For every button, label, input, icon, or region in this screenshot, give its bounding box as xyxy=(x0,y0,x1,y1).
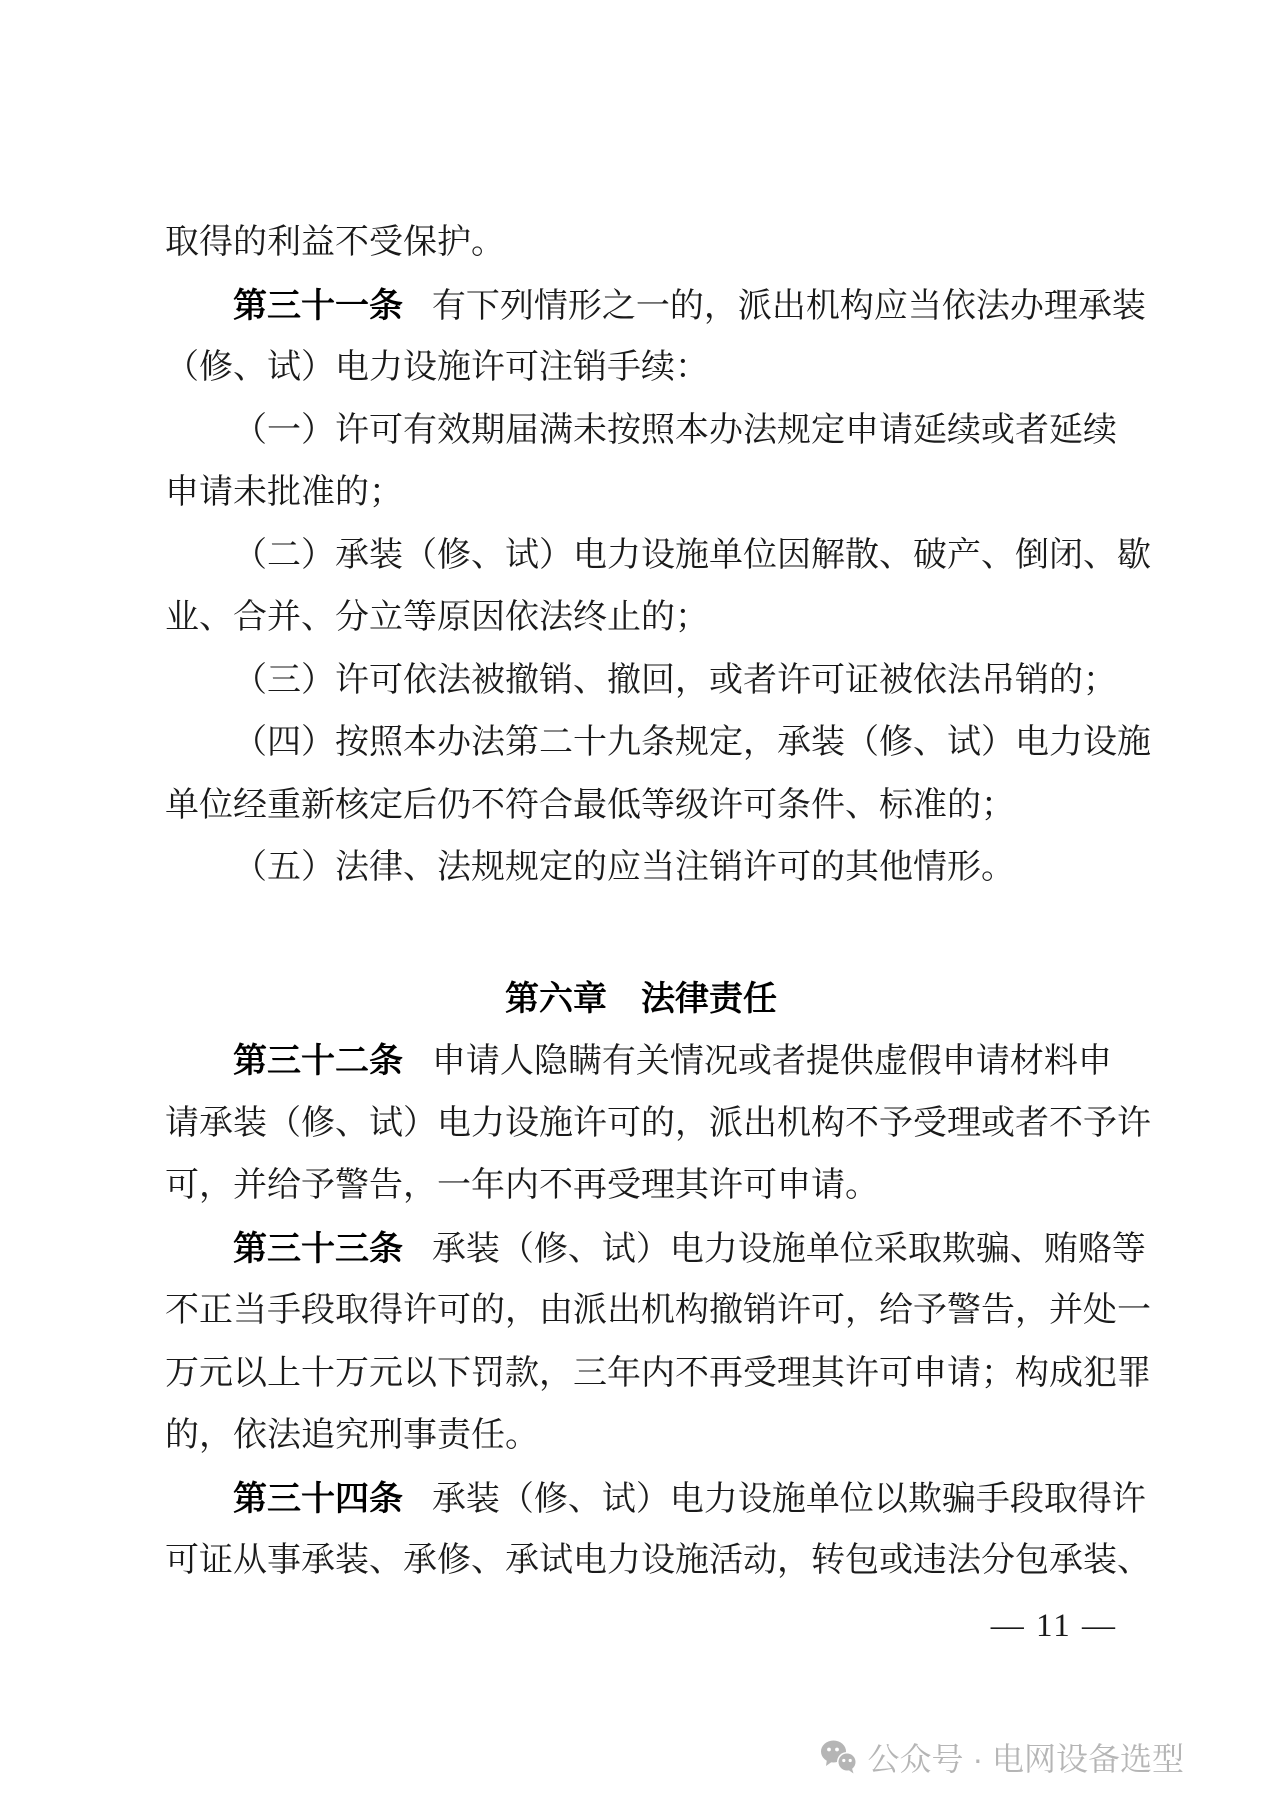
watermark-text: 公众号 · 电网设备选型 xyxy=(868,1734,1184,1780)
document-line: 单位经重新核定后仍不符合最低等级许可条件、标准的； xyxy=(165,775,1117,838)
document-line: （二）承装（修、试）电力设施单位因解散、破产、倒闭、歇 xyxy=(165,525,1117,588)
line-text: 承装（修、试）电力设施单位以欺骗手段取得许 xyxy=(432,1481,1146,1518)
document-line: 不正当手段取得许可的，由派出机构撤销许可，给予警告，并处一 xyxy=(165,1280,1117,1343)
document-line: （四）按照本办法第二十九条规定，承装（修、试）电力设施 xyxy=(165,712,1117,775)
article-number: 第三十四条 xyxy=(233,1480,403,1518)
document-line: 的，依法追究刑事责任。 xyxy=(165,1405,1117,1468)
page-number: — 11 — xyxy=(165,1605,1117,1647)
line-text: 申请人隐瞒有关情况或者提供虚假申请材料申 xyxy=(432,1043,1112,1080)
article-number: 第三十一条 xyxy=(233,287,403,325)
document-line: 申请未批准的； xyxy=(165,462,1117,525)
watermark: 公众号 · 电网设备选型 xyxy=(820,1734,1184,1780)
document-line: 可证从事承装、承修、承试电力设施活动，转包或违法分包承装、 xyxy=(165,1530,1117,1593)
document-body: 取得的利益不受保护。 第三十一条有下列情形之一的，派出机构应当依法办理承装 （修… xyxy=(165,212,1117,1647)
document-line: 第三十三条承装（修、试）电力设施单位采取欺骗、贿赂等 xyxy=(165,1218,1117,1281)
chapter-heading: 第六章 法律责任 xyxy=(165,968,1117,1031)
document-line: 第三十四条承装（修、试）电力设施单位以欺骗手段取得许 xyxy=(165,1468,1117,1531)
document-line: 可，并给予警告，一年内不再受理其许可申请。 xyxy=(165,1155,1117,1218)
document-line: （五）法律、法规规定的应当注销许可的其他情形。 xyxy=(165,837,1117,900)
document-line: （三）许可依法被撤销、撤回，或者许可证被依法吊销的； xyxy=(165,650,1117,713)
document-line: 万元以上十万元以下罚款，三年内不再受理其许可申请；构成犯罪 xyxy=(165,1343,1117,1406)
document-line: 取得的利益不受保护。 xyxy=(165,212,1117,275)
document-line: （修、试）电力设施许可注销手续： xyxy=(165,337,1117,400)
document-line: 第三十一条有下列情形之一的，派出机构应当依法办理承装 xyxy=(165,275,1117,338)
line-text: 有下列情形之一的，派出机构应当依法办理承装 xyxy=(432,288,1146,325)
document-line: 请承装（修、试）电力设施许可的，派出机构不予受理或者不予许 xyxy=(165,1093,1117,1156)
article-number: 第三十三条 xyxy=(233,1230,403,1268)
line-text: 承装（修、试）电力设施单位采取欺骗、贿赂等 xyxy=(432,1231,1146,1268)
document-line: 业、合并、分立等原因依法终止的； xyxy=(165,587,1117,650)
article-number: 第三十二条 xyxy=(233,1042,403,1080)
document-line: （一）许可有效期届满未按照本办法规定申请延续或者延续 xyxy=(165,400,1117,463)
document-line: 第三十二条申请人隐瞒有关情况或者提供虚假申请材料申 xyxy=(165,1030,1117,1093)
wechat-icon xyxy=(820,1739,858,1775)
